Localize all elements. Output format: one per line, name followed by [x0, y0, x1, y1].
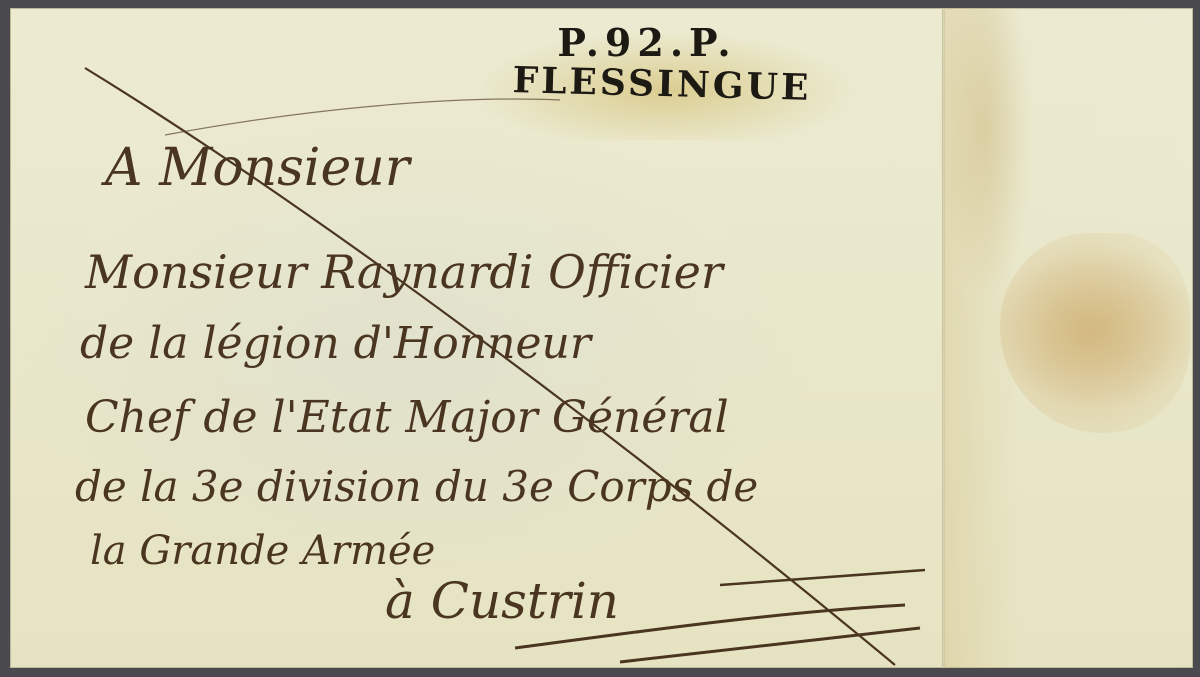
handstamp-department-number: P.92.P.: [432, 22, 862, 64]
address-line-order: de la légion d'Honneur: [80, 318, 591, 369]
address-line-division: de la 3e division du 3e Corps de: [75, 462, 758, 511]
handstamp-town-name: FLESSINGUE: [462, 59, 863, 109]
address-line-rank: Chef de l'Etat Major Général: [85, 392, 729, 443]
address-line-destination: à Custrin: [385, 572, 619, 630]
fold-line: [942, 8, 945, 668]
address-line-army: la Grande Armée: [90, 528, 435, 574]
address-line-salutation: A Monsieur: [105, 138, 410, 198]
address-line-name: Monsieur Raynardi Officier: [85, 245, 723, 299]
postal-handstamp: P.92.P. FLESSINGUE: [462, 22, 862, 142]
